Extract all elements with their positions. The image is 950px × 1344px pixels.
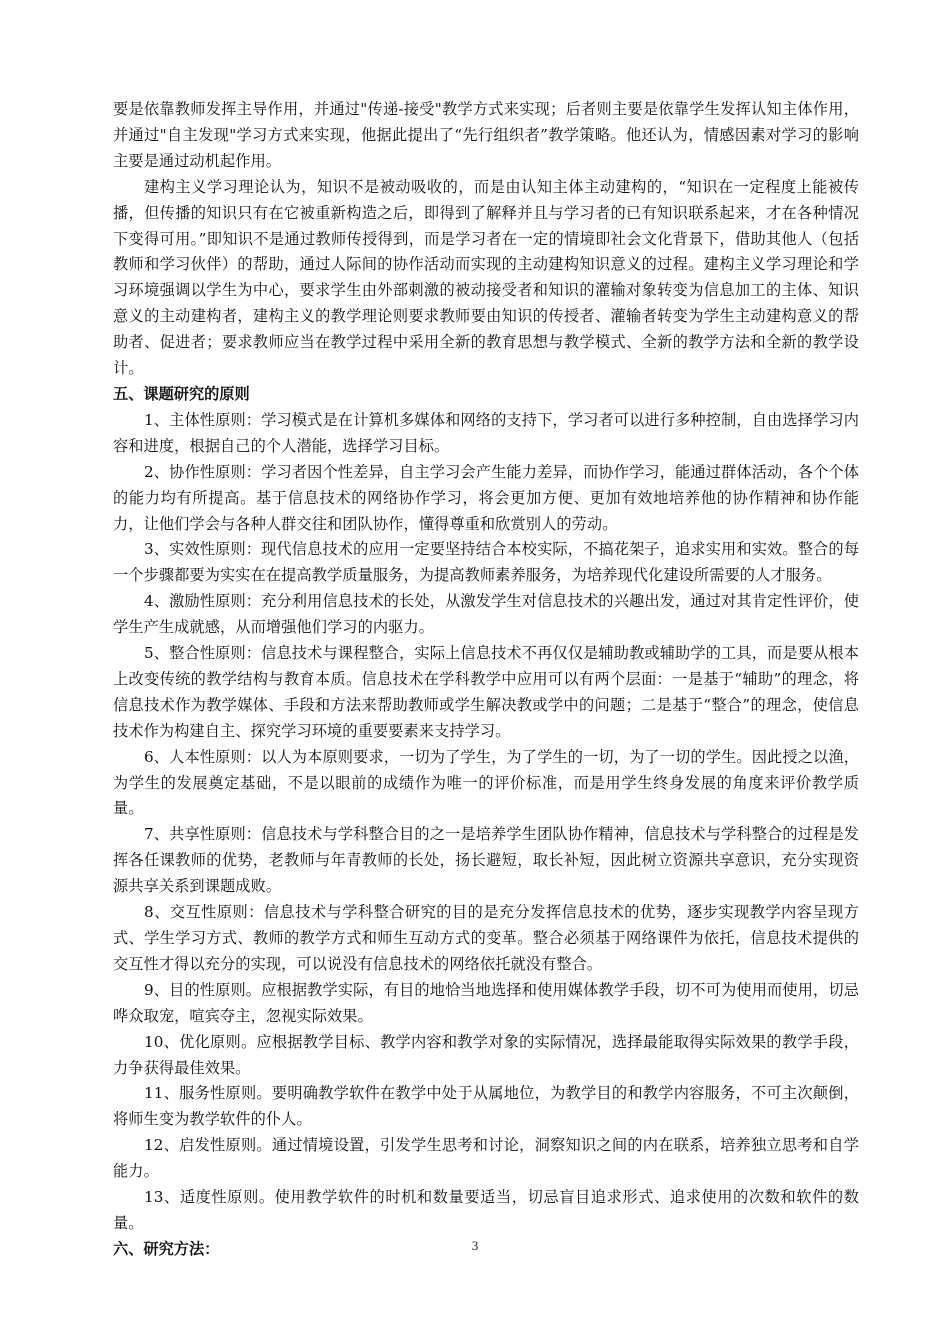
principle-item: 3、实效性原则：现代信息技术的应用一定要坚持结合本校实际，不搞花架子，追求实用和… [113, 537, 859, 589]
principle-item: 8、交互性原则：信息技术与学科整合研究的目的是充分发挥信息技术的优势，逐步实现教… [113, 900, 859, 978]
principle-item: 5、整合性原则：信息技术与课程整合，实际上信息技术不再仅仅是辅助教或辅助学的工具… [113, 641, 859, 745]
principle-item: 6、人本性原则：以人为本原则要求，一切为了学生，为了学生的一切，为了一切的学生。… [113, 745, 859, 823]
principle-item: 11、服务性原则。要明确教学软件在教学中处于从属地位，为教学目的和教学内容服务，… [113, 1081, 859, 1133]
constructivism-paragraph: 建构主义学习理论认为，知识不是被动吸收的，而是由认知主体主动建构的，“知识在一定… [113, 175, 859, 382]
principle-item: 7、共享性原则：信息技术与学科整合目的之一是培养学生团队协作精神，信息技术与学科… [113, 822, 859, 900]
principle-item: 13、适度性原则。使用教学软件的时机和数量要适当，切忌盲目追求形式、追求使用的次… [113, 1185, 859, 1237]
principle-item: 9、目的性原则。应根据教学实际，有目的地恰当地选择和使用媒体教学手段，切不可为使… [113, 978, 859, 1030]
page-number: 3 [0, 1238, 950, 1254]
principle-item: 4、激励性原则：充分利用信息技术的长处，从激发学生对信息技术的兴趣出发，通过对其… [113, 589, 859, 641]
principle-item: 2、协作性原则：学习者因个性差异，自主学习会产生能力差异，而协作学习，能通过群体… [113, 460, 859, 538]
continuation-paragraph: 要是依靠教师发挥主导作用，并通过"传递-接受"教学方式来实现；后者则主要是依靠学… [113, 97, 859, 175]
principle-item: 12、启发性原则。通过情境设置，引发学生思考和讨论，洞察知识之间的内在联系，培养… [113, 1133, 859, 1185]
section-heading-principles: 五、课题研究的原则 [113, 382, 859, 408]
principle-item: 10、优化原则。应根据教学目标、教学内容和教学对象的实际情况，选择最能取得实际效… [113, 1030, 859, 1082]
principle-item: 1、主体性原则：学习模式是在计算机多媒体和网络的支持下，学习者可以进行多种控制，… [113, 408, 859, 460]
document-page: 要是依靠教师发挥主导作用，并通过"传递-接受"教学方式来实现；后者则主要是依靠学… [113, 97, 859, 1263]
